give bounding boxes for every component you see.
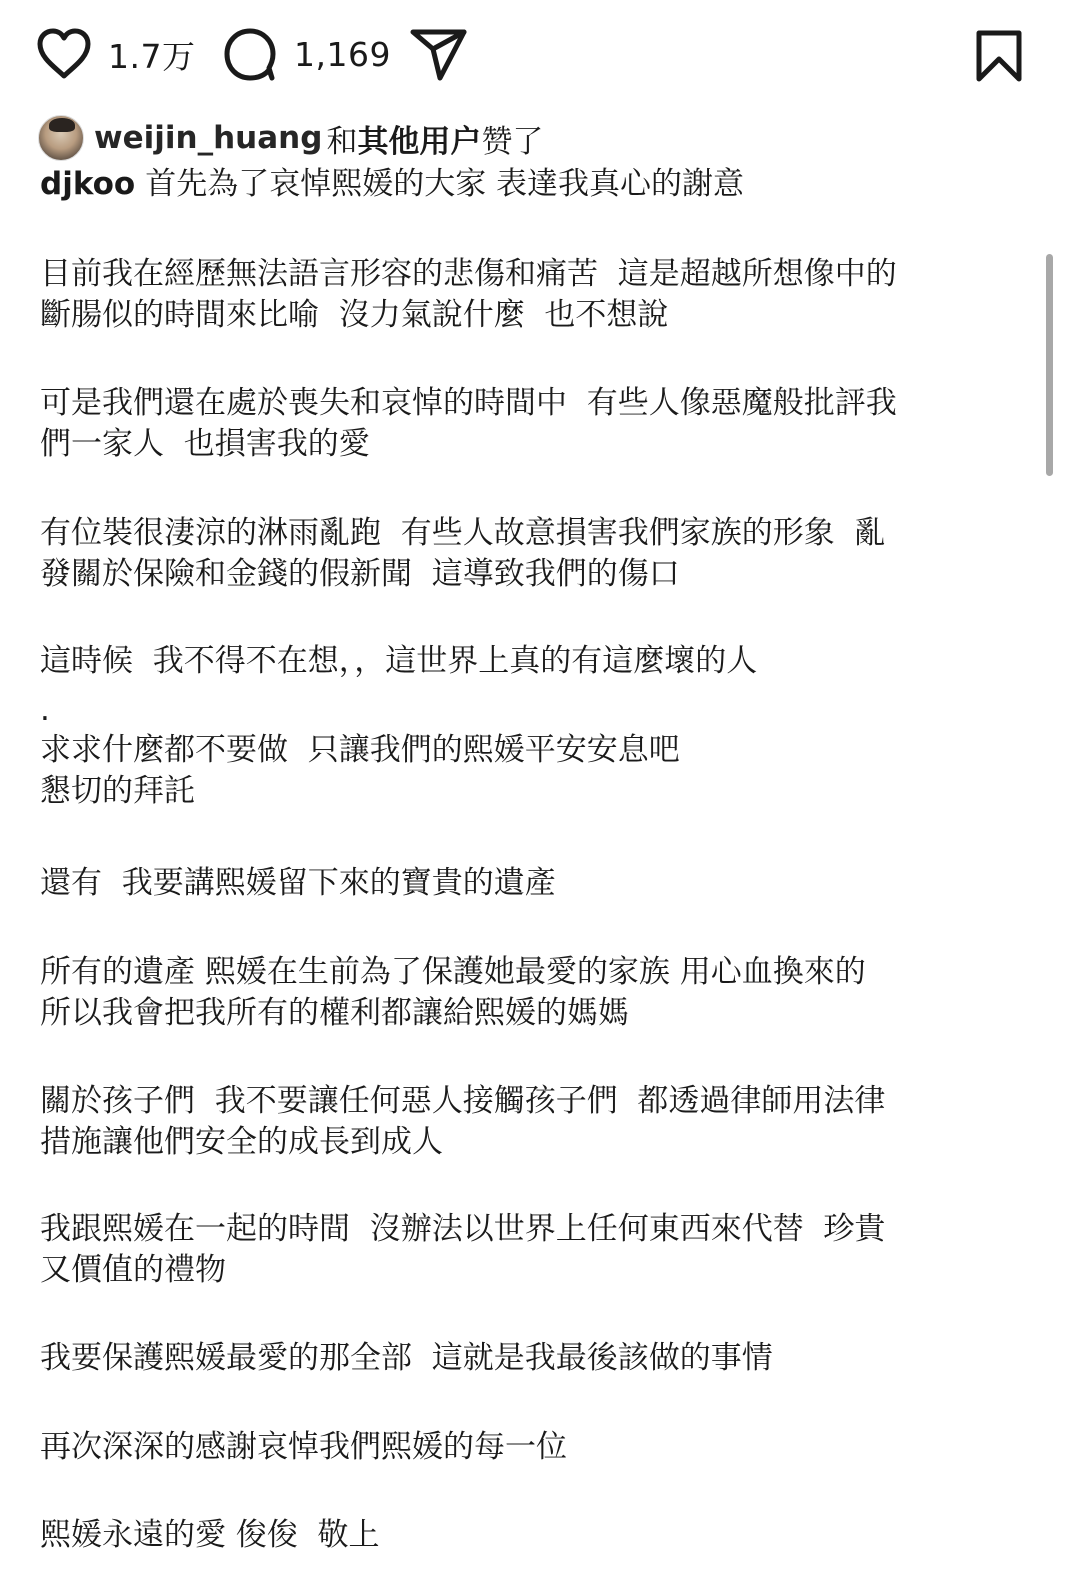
speech-bubble-icon [222, 26, 280, 82]
paper-plane-icon [408, 26, 468, 82]
liked-by-username[interactable]: weijin_huang [94, 120, 322, 156]
like-button[interactable]: 1.7万 [34, 26, 195, 82]
share-button[interactable] [408, 26, 468, 82]
bookmark-icon [974, 69, 1024, 88]
caption-paragraph: 再次深深的感謝哀悼我們熙媛的每一位 [40, 1427, 1030, 1468]
caption-paragraph: 求求什麼都不要做 只讓我們的熙媛平安安息吧 懇切的拜託 [40, 730, 1030, 812]
avatar[interactable] [38, 115, 84, 161]
caption-paragraph: . [40, 690, 1030, 731]
save-button[interactable] [974, 28, 1024, 88]
caption-paragraph: 我跟熙媛在一起的時間 沒辦法以世界上任何東西來代替 珍貴 又價值的禮物 [40, 1209, 1030, 1291]
caption-paragraph: 我要保護熙媛最愛的那全部 這就是我最後該做的事情 [40, 1338, 1030, 1379]
comment-count[interactable]: 1,169 [294, 35, 391, 74]
caption-paragraph: 還有 我要講熙媛留下來的寶貴的遺產 [40, 863, 1030, 904]
caption-paragraph: 這時候 我不得不在想，，這世界上真的有這麼壞的人 [40, 641, 1030, 682]
like-count[interactable]: 1.7万 [108, 31, 195, 78]
post-action-bar: 1.7万 1,169 [0, 0, 1080, 108]
caption-text: 首先為了哀悼熙媛的大家 表達我真心的謝意 [145, 166, 744, 202]
caption-author[interactable]: djkoo [40, 166, 135, 202]
caption-paragraph: 有位裝很淒涼的淋雨亂跑 有些人故意損害我們家族的形象 亂 發關於保險和金錢的假新… [40, 513, 1030, 595]
liked-by-row: weijin_huang 和 其他用户 赞了 [38, 114, 543, 162]
heart-icon [34, 26, 94, 82]
liked-by-suffix: 赞了 [481, 116, 543, 161]
caption-paragraph: 關於孩子們 我不要讓任何惡人接觸孩子們 都透過律師用法律 措施讓他們安全的成長到… [40, 1081, 1030, 1163]
caption-first-line: djkoo首先為了哀悼熙媛的大家 表達我真心的謝意 [40, 164, 1030, 205]
comment-button[interactable]: 1,169 [222, 26, 391, 82]
caption-paragraph: 熙媛永遠的愛 俊俊 敬上 [40, 1515, 1030, 1556]
liked-by-others-link[interactable]: 其他用户 [357, 116, 481, 161]
vertical-scrollbar[interactable] [1046, 254, 1053, 476]
liked-by-connector: 和 [326, 116, 357, 161]
caption-paragraph: 所有的遺產 熙媛在生前為了保護她最愛的家族 用心血換來的 所以我會把我所有的權利… [40, 952, 1030, 1034]
caption-paragraph: 目前我在經歷無法語言形容的悲傷和痛苦 這是超越所想像中的 斷腸似的時間來比喻 沒… [40, 254, 1030, 336]
caption-paragraph: 可是我們還在處於喪失和哀悼的時間中 有些人像惡魔般批評我 們一家人 也損害我的愛 [40, 383, 1030, 465]
